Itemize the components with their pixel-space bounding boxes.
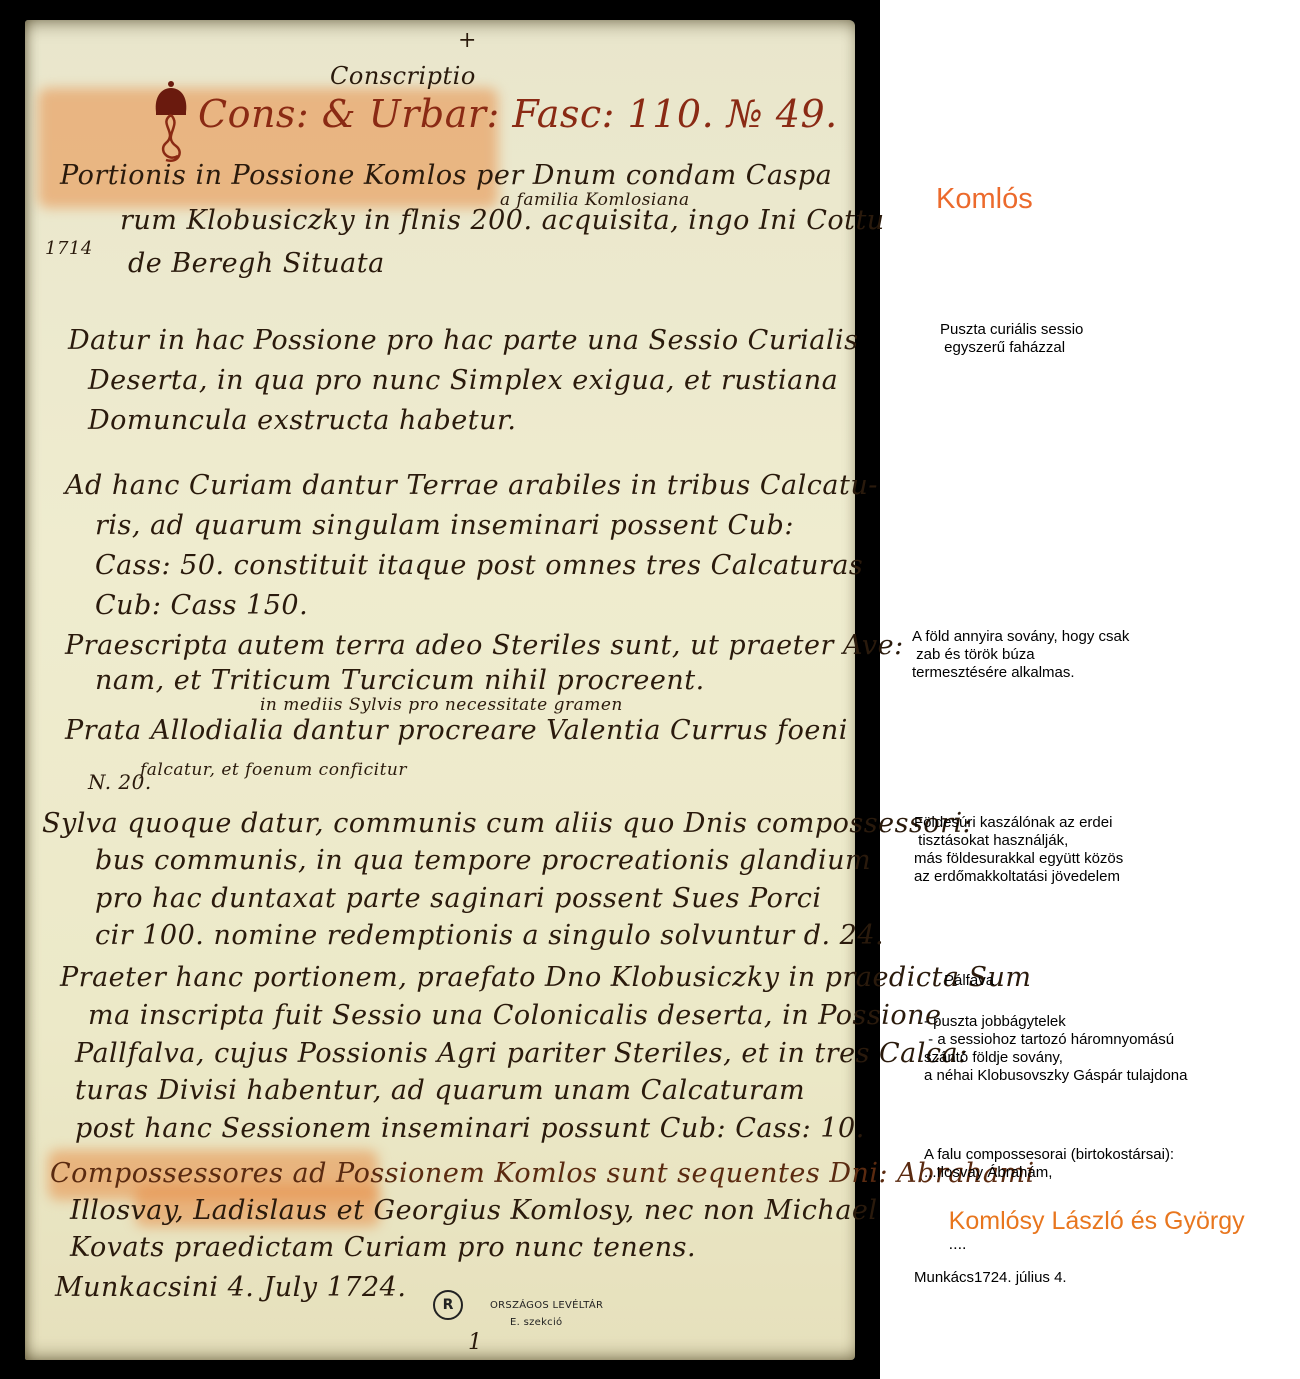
ms-line-7: Ad hanc Curiam dantur Terrae arabiles in… [65, 470, 878, 501]
annotation-note-meadow: Földesúri kaszálónak az erdei tisztásoka… [914, 814, 1123, 886]
crown-monogram-icon [148, 78, 194, 168]
ms-line-19: pro hac duntaxat parte saginari possent … [95, 883, 822, 914]
ms-line-16: N. 20. [88, 770, 152, 794]
archive-stamp-line2: E. szekció [490, 1314, 603, 1331]
plus-mark: + [458, 28, 477, 53]
folio-number: 1 [468, 1330, 483, 1355]
margin-date: 1714 [45, 238, 93, 259]
archive-stamp-line1: ORSZÁGOS LEVÉLTÁR [490, 1297, 603, 1314]
ms-line-25: post hanc Sessionem inseminari possunt C… [75, 1113, 865, 1144]
annotation-title: Komlós [936, 182, 1033, 216]
ms-line-9: Cass: 50. constituit itaque post omnes t… [95, 550, 863, 581]
annotation-note-palfava: - puszta jobbágytelek - a sessiohoz tart… [924, 1013, 1188, 1085]
ms-line-1: Portionis in Possione Komlos per Dnum co… [60, 160, 832, 191]
ms-line-interlinear-2: in mediis Sylvis pro necessitate gramen [260, 695, 623, 715]
ms-line-24: turas Divisi habentur, ad quarum unam Ca… [75, 1075, 805, 1106]
annotation-note-compossessors: A falu compossesorai (birtokostársai): .… [924, 1146, 1174, 1182]
annotation-ellipsis: .... [949, 1236, 967, 1253]
ms-line-21: Praeter hanc portionem, praefato Dno Klo… [60, 962, 1032, 993]
ms-line-29: Munkacsini 4. July 1724. [55, 1272, 406, 1303]
ms-line-27: Illosvay, Ladislaus et Georgius Komlosy,… [70, 1195, 878, 1226]
ms-line-4: Datur in hac Possione pro hac parte una … [68, 325, 859, 356]
ms-line-17: Sylva quoque datur, communis cum aliis q… [42, 808, 972, 839]
ms-line-22: ma inscripta fuit Sessio una Colonicalis… [88, 1000, 942, 1031]
ms-line-28: Kovats praedictam Curiam pro nunc tenens… [70, 1232, 696, 1263]
ms-line-12: nam, et Triticum Turcicum nihil procreen… [95, 665, 705, 696]
archive-stamp-text: ORSZÁGOS LEVÉLTÁR E. szekció [490, 1297, 603, 1331]
annotation-highlight-names: Komlósy László és György [949, 1207, 1245, 1235]
ms-line-interlinear-3: falcatur, et foenum conficitur [140, 760, 407, 780]
ms-line-14: Prata Allodialia dantur procreare Valent… [65, 715, 848, 746]
ms-line-8: ris, ad quarum singulam inseminari posse… [95, 510, 794, 541]
heading-fasc-number: Cons: & Urbar: Fasc: 110. № 49. [198, 92, 838, 136]
manuscript-scan-frame: Conscriptio + Cons: & Urbar: Fasc: 110. … [0, 0, 880, 1379]
archive-stamp-circle: R [433, 1290, 463, 1320]
annotation-names-line: Komlósy László és György .... [932, 1188, 1245, 1272]
ms-line-20: cir 100. nomine redemptionis a singulo s… [95, 920, 884, 951]
ms-line-3: de Beregh Situata [128, 248, 385, 279]
ms-line-6: Domuncula exstructa habetur. [88, 405, 516, 436]
annotation-note-soil: A föld annyira sovány, hogy csak zab és … [912, 628, 1129, 682]
ms-line-10: Cub: Cass 150. [95, 590, 308, 621]
annotation-note-palfava-title: Pálfava [944, 972, 994, 990]
annotation-note-curialis: Puszta curiális sessio egyszerű faházzal [940, 321, 1083, 357]
annotation-footer-date: Munkács1724. július 4. [914, 1269, 1067, 1287]
ms-line-2: rum Klobusiczky in flnis 200. acquisita,… [120, 205, 885, 236]
heading-conscriptio: Conscriptio [330, 62, 476, 90]
ms-line-26: Compossessores ad Possionem Komlos sunt … [50, 1158, 1035, 1189]
ms-line-23: Pallfalva, cujus Possionis Agri pariter … [75, 1038, 968, 1069]
ms-line-11: Praescripta autem terra adeo Steriles su… [65, 630, 904, 661]
ms-line-18: bus communis, in qua tempore procreation… [95, 845, 871, 876]
ms-line-5: Deserta, in qua pro nunc Simplex exigua,… [88, 365, 838, 396]
